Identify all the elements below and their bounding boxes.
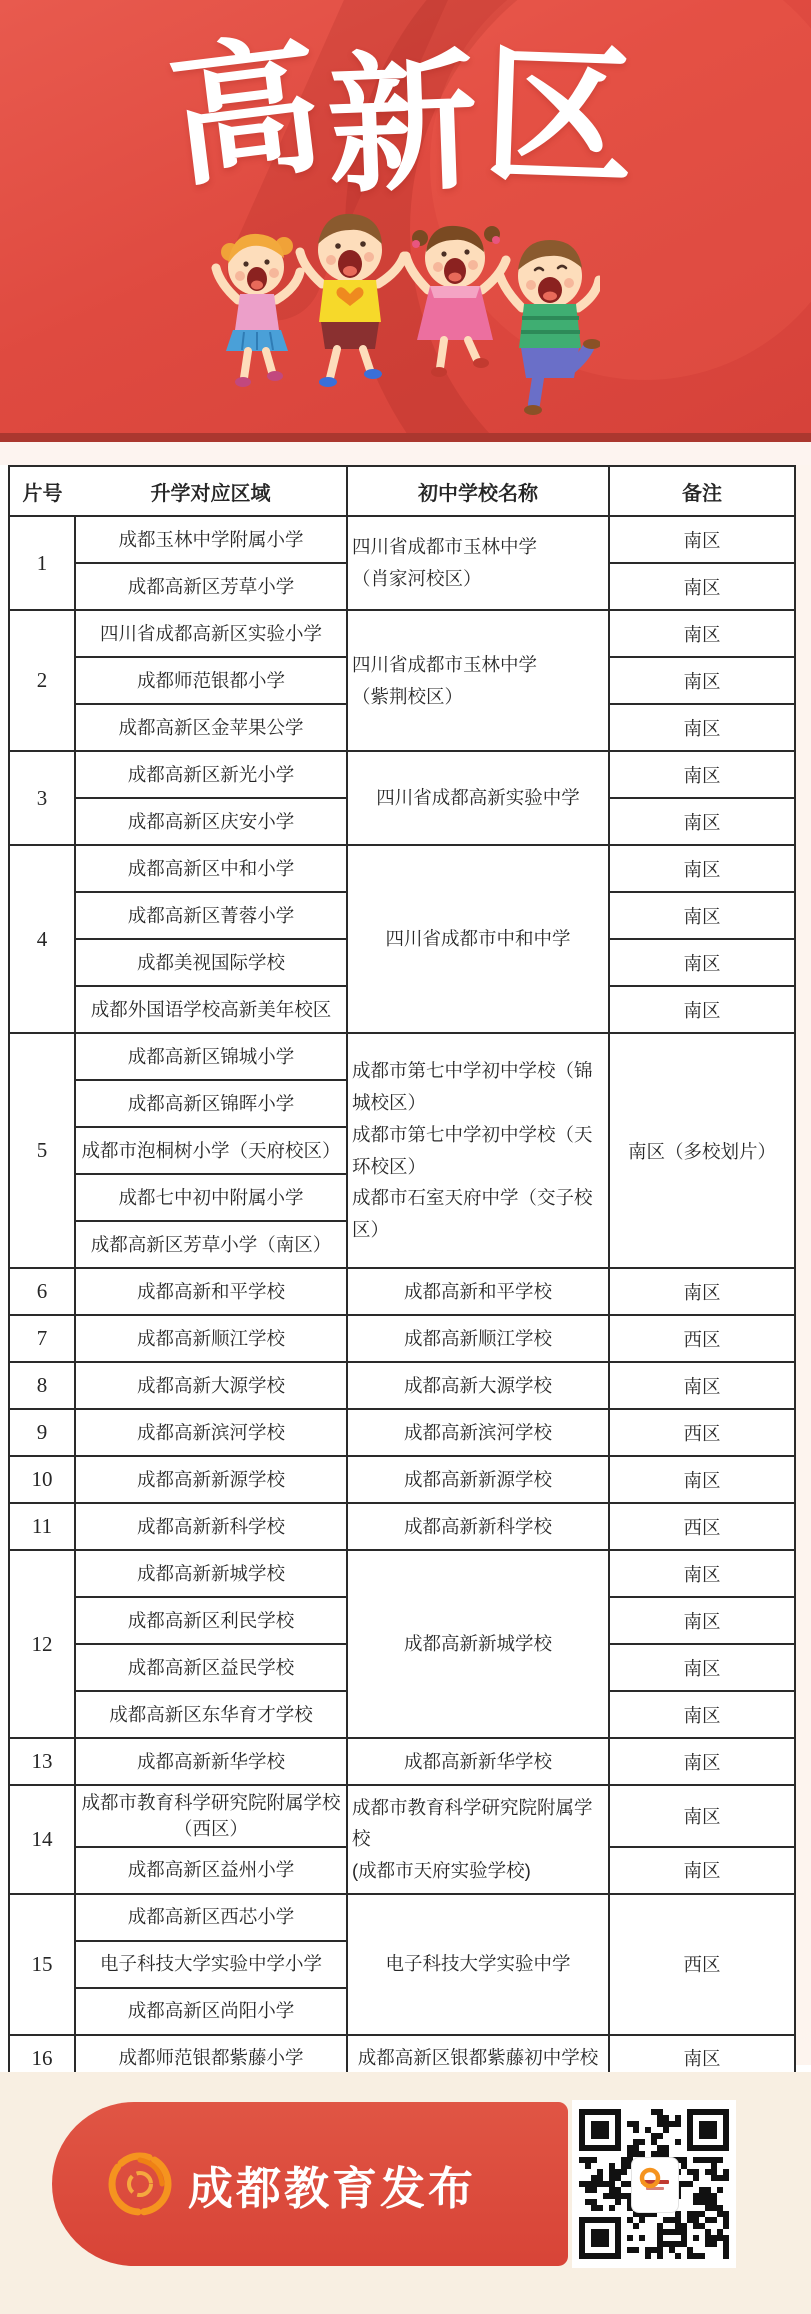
cell-feeder-school: 成都高新区益州小学 (75, 1847, 347, 1894)
cell-feeder-school: 成都高新区新光小学 (75, 751, 347, 798)
cell-feeder-school: 四川省成都高新区实验小学 (75, 610, 347, 657)
header-feeder-area: 升学对应区域 (75, 466, 347, 516)
cell-piece-no: 15 (9, 1894, 75, 2035)
cell-feeder-school: 成都高新区菁蓉小学 (75, 892, 347, 939)
cell-feeder-school: 成都高新区利民学校 (75, 1597, 347, 1644)
cell-middle-school: 成都高新和平学校 (347, 1268, 609, 1315)
middle-school-line: 四川省成都市玉林中学 (352, 649, 605, 681)
cell-remark: 南区 (609, 657, 795, 704)
qr-code (572, 2100, 736, 2268)
children-illustration (200, 172, 600, 430)
cell-remark: 南区 (609, 751, 795, 798)
cell-feeder-school: 成都高新和平学校 (75, 1268, 347, 1315)
middle-school-line: 成都高新和平学校 (351, 1276, 605, 1308)
phoenix-logo-icon (102, 2146, 178, 2222)
middle-school-line: (成都市天府实验学校) (352, 1855, 605, 1887)
cell-feeder-school: 成都高新新城学校 (75, 1550, 347, 1597)
middle-school-line: 成都市石室天府中学（交子校区） (352, 1182, 605, 1246)
middle-school-line: 电子科技大学实验中学 (351, 1948, 605, 1980)
cell-feeder-school: 成都高新新华学校 (75, 1738, 347, 1785)
cell-piece-no: 9 (9, 1409, 75, 1456)
middle-school-line: 成都高新滨河学校 (351, 1417, 605, 1449)
cell-feeder-school: 成都高新区芳草小学 (75, 563, 347, 610)
cell-feeder-school: 成都高新区锦城小学 (75, 1033, 347, 1080)
cell-feeder-school: 成都七中初中附属小学 (75, 1174, 347, 1221)
table-row: 14成都市教育科学研究院附属学校（西区）成都市教育科学研究院附属学校(成都市天府… (9, 1785, 795, 1847)
table-row: 15成都高新区西芯小学电子科技大学实验中学西区 (9, 1894, 795, 1941)
cell-piece-no: 10 (9, 1456, 75, 1503)
cell-piece-no: 13 (9, 1738, 75, 1785)
cell-remark: 南区 (609, 1847, 795, 1894)
table-row: 6成都高新和平学校成都高新和平学校南区 (9, 1268, 795, 1315)
table-row: 1成都玉林中学附属小学四川省成都市玉林中学（肖家河校区）南区 (9, 516, 795, 563)
cell-piece-no: 14 (9, 1785, 75, 1894)
table-row: 5成都高新区锦城小学成都市第七中学初中学校（锦城校区）成都市第七中学初中学校（天… (9, 1033, 795, 1080)
cell-remark: 南区 (609, 1268, 795, 1315)
cell-feeder-school: 成都高新顺江学校 (75, 1315, 347, 1362)
cell-remark: 南区 (609, 704, 795, 751)
cell-middle-school: 四川省成都市玉林中学（紫荆校区） (347, 610, 609, 751)
cell-remark: 南区 (609, 1738, 795, 1785)
cell-middle-school: 成都市第七中学初中学校（锦城校区）成都市第七中学初中学校（天环校区）成都市石室天… (347, 1033, 609, 1268)
cell-feeder-school: 成都高新区庆安小学 (75, 798, 347, 845)
cell-remark: 南区 (609, 516, 795, 563)
cell-remark: 南区 (609, 1785, 795, 1847)
table-row: 13成都高新新华学校成都高新新华学校南区 (9, 1738, 795, 1785)
cell-middle-school: 成都高新新城学校 (347, 1550, 609, 1738)
cell-piece-no: 6 (9, 1268, 75, 1315)
middle-school-line: 成都高新新源学校 (351, 1464, 605, 1496)
middle-school-line: 成都市第七中学初中学校（天环校区） (352, 1119, 605, 1183)
cell-piece-no: 7 (9, 1315, 75, 1362)
middle-school-line: 成都市第七中学初中学校（锦城校区） (352, 1055, 605, 1119)
cell-feeder-school: 成都高新滨河学校 (75, 1409, 347, 1456)
cell-remark: 西区 (609, 1503, 795, 1550)
table-body: 1成都玉林中学附属小学四川省成都市玉林中学（肖家河校区）南区成都高新区芳草小学南… (9, 516, 795, 2151)
cell-remark: 南区 (609, 1362, 795, 1409)
cell-feeder-school: 成都高新区益民学校 (75, 1644, 347, 1691)
cell-piece-no: 2 (9, 610, 75, 751)
table-row: 9成都高新滨河学校成都高新滨河学校西区 (9, 1409, 795, 1456)
table-row: 12成都高新新城学校成都高新新城学校南区 (9, 1550, 795, 1597)
cell-middle-school: 成都市教育科学研究院附属学校(成都市天府实验学校) (347, 1785, 609, 1894)
cell-feeder-school: 成都高新新源学校 (75, 1456, 347, 1503)
cell-remark: 南区 (609, 563, 795, 610)
cell-middle-school: 四川省成都市玉林中学（肖家河校区） (347, 516, 609, 610)
content-area: 片号 升学对应区域 初中学校名称 备注 1成都玉林中学附属小学四川省成都市玉林中… (0, 465, 811, 2272)
cell-piece-no: 12 (9, 1550, 75, 1738)
cell-piece-no: 1 (9, 516, 75, 610)
cell-middle-school: 成都高新大源学校 (347, 1362, 609, 1409)
cell-remark: 西区 (609, 1315, 795, 1362)
cell-middle-school: 成都高新顺江学校 (347, 1315, 609, 1362)
cell-feeder-school: 成都高新区西芯小学 (75, 1894, 347, 1941)
table-row: 2四川省成都高新区实验小学四川省成都市玉林中学（紫荆校区）南区 (9, 610, 795, 657)
cell-piece-no: 8 (9, 1362, 75, 1409)
cell-feeder-school: 电子科技大学实验中学小学 (75, 1941, 347, 1988)
banner-gap (0, 442, 811, 465)
header-piece-no: 片号 (9, 466, 75, 516)
header-remark: 备注 (609, 466, 795, 516)
cell-remark: 南区 (609, 939, 795, 986)
brand-banner: 成都教育发布 (52, 2102, 568, 2266)
cell-middle-school: 成都高新新华学校 (347, 1738, 609, 1785)
cell-piece-no: 11 (9, 1503, 75, 1550)
cell-feeder-school: 成都师范银都小学 (75, 657, 347, 704)
cell-piece-no: 3 (9, 751, 75, 845)
cell-middle-school: 成都高新新科学校 (347, 1503, 609, 1550)
cell-feeder-school: 成都高新大源学校 (75, 1362, 347, 1409)
cell-feeder-school: 成都美视国际学校 (75, 939, 347, 986)
cell-feeder-school: 成都市泡桐树小学（天府校区） (75, 1127, 347, 1174)
table-row: 3成都高新区新光小学四川省成都高新实验中学南区 (9, 751, 795, 798)
middle-school-line: 四川省成都市中和中学 (351, 923, 605, 955)
cell-feeder-school: 成都玉林中学附属小学 (75, 516, 347, 563)
cell-feeder-school: 成都高新新科学校 (75, 1503, 347, 1550)
footer: 成都教育发布 (0, 2072, 811, 2314)
brand-name: 成都教育发布 (188, 2152, 476, 2217)
cell-remark: 南区 (609, 1456, 795, 1503)
banner: 高新区 (0, 0, 811, 433)
qr-center-logo (631, 2157, 679, 2213)
cell-remark: 南区 (609, 845, 795, 892)
middle-school-line: （肖家河校区） (352, 563, 605, 595)
banner-bottom-strip (0, 433, 811, 442)
admission-table: 片号 升学对应区域 初中学校名称 备注 1成都玉林中学附属小学四川省成都市玉林中… (8, 465, 796, 2152)
cell-feeder-school: 成都高新区金苹果公学 (75, 704, 347, 751)
middle-school-line: 成都高新新城学校 (351, 1628, 605, 1660)
cell-middle-school: 成都高新滨河学校 (347, 1409, 609, 1456)
cell-middle-school: 四川省成都市中和中学 (347, 845, 609, 1033)
cell-remark: 南区 (609, 892, 795, 939)
cell-piece-no: 4 (9, 845, 75, 1033)
table-row: 7成都高新顺江学校成都高新顺江学校西区 (9, 1315, 795, 1362)
cell-remark: 南区 (609, 1644, 795, 1691)
cell-feeder-school: 成都高新区尚阳小学 (75, 1988, 347, 2035)
poster: 高新区 (0, 0, 811, 2314)
table-row: 8成都高新大源学校成都高新大源学校南区 (9, 1362, 795, 1409)
cell-feeder-school: 成都高新区芳草小学（南区） (75, 1221, 347, 1268)
cell-feeder-school: 成都市教育科学研究院附属学校（西区） (75, 1785, 347, 1847)
cell-feeder-school: 成都外国语学校高新美年校区 (75, 986, 347, 1033)
middle-school-line: 成都高新大源学校 (351, 1370, 605, 1402)
cell-remark: 南区 (609, 798, 795, 845)
middle-school-line: 成都市教育科学研究院附属学校 (352, 1792, 605, 1856)
cell-remark: 南区（多校划片） (609, 1033, 795, 1268)
table-row: 11成都高新新科学校成都高新新科学校西区 (9, 1503, 795, 1550)
table-header-row: 片号 升学对应区域 初中学校名称 备注 (9, 466, 795, 516)
cell-middle-school: 电子科技大学实验中学 (347, 1894, 609, 2035)
cell-remark: 南区 (609, 610, 795, 657)
cell-remark: 南区 (609, 1550, 795, 1597)
cell-feeder-school: 成都高新区中和小学 (75, 845, 347, 892)
cell-feeder-school: 成都高新区锦晖小学 (75, 1080, 347, 1127)
cell-remark: 西区 (609, 1894, 795, 2035)
middle-school-line: 成都高新新科学校 (351, 1511, 605, 1543)
qr-logo-icon (639, 2167, 661, 2189)
middle-school-line: 成都高新新华学校 (351, 1746, 605, 1778)
middle-school-line: 成都高新顺江学校 (351, 1323, 605, 1355)
cell-remark: 西区 (609, 1409, 795, 1456)
cell-middle-school: 成都高新新源学校 (347, 1456, 609, 1503)
table-row: 10成都高新新源学校成都高新新源学校南区 (9, 1456, 795, 1503)
middle-school-line: 成都高新区银都紫藤初中学校 (351, 2042, 605, 2074)
cell-remark: 南区 (609, 1597, 795, 1644)
table-row: 4成都高新区中和小学四川省成都市中和中学南区 (9, 845, 795, 892)
middle-school-line: 四川省成都高新实验中学 (351, 782, 605, 814)
middle-school-line: 四川省成都市玉林中学 (352, 531, 605, 563)
cell-middle-school: 四川省成都高新实验中学 (347, 751, 609, 845)
cell-remark: 南区 (609, 986, 795, 1033)
cell-feeder-school: 成都高新区东华育才学校 (75, 1691, 347, 1738)
middle-school-line: （紫荆校区） (352, 681, 605, 713)
header-middle-school: 初中学校名称 (347, 466, 609, 516)
cell-piece-no: 5 (9, 1033, 75, 1268)
cell-remark: 南区 (609, 1691, 795, 1738)
